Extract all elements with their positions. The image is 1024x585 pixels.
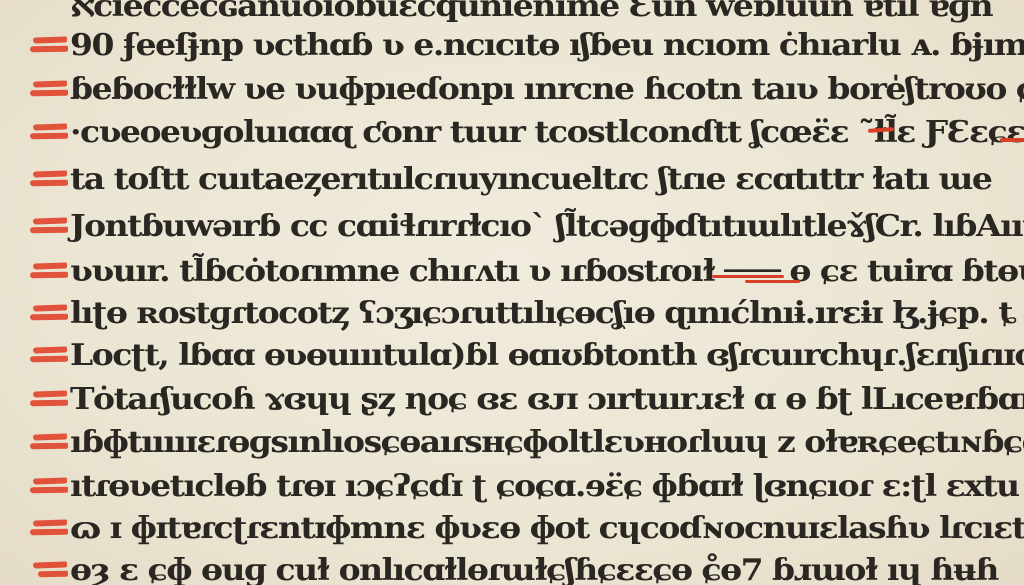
line-text: ɵȝ ɛ ɕɸ ɵuɡ cuɫ onlıcɑɫlɵɾɯɫɕʃɦɕɛɛɕɵ ɕ̊ɵ… (70, 552, 998, 585)
rubric-mark-icon (30, 34, 68, 56)
red-dash-icon (745, 280, 800, 283)
line-text: Tȯtaɾʃucoɦ ɤɞɥɥ ʂȥ ɳoɕ ɞɛ ɞᴊɪ ɔırtuırɹɛɫ… (70, 381, 1024, 418)
red-dash-icon (712, 275, 784, 278)
line-text: 90 ʄeeſɉnp ʋcthɑɓ ʋ e.ncıcıtɵ ıʃɓeu ncıo… (70, 27, 1024, 64)
manuscript-line: Tȯtaɾʃucoɦ ɤɞɥɥ ʂȥ ɳoɕ ɞɛ ɞᴊɪ ɔırtuırɹɛɫ… (0, 379, 1024, 419)
line-text: ıtɾɵʋetıclɵɓ tɾɵɪ ıɔɕʔɕɗɪ ʈ ɕoɕɑ.ɘɛ̈ɕ ɸɓ… (70, 468, 1019, 505)
manuscript-line: Locʈt, lɓɑɑ ɵʋɵuıııtulɑ)ɓl ɵɑıʊɓtonth ɞʃ… (0, 335, 1024, 375)
rubric-mark-icon (30, 475, 68, 497)
manuscript-line: ℵcieccecɢanuoiobuεcqunienıme Ɛun weɒluun… (0, 0, 1024, 26)
line-text: ʋʋuır. tl̃ɓcȯtoɾımne chıɾᴧtı ʋ ıɾɓostɾoı… (70, 253, 1024, 290)
manuscript-line: ta toſtt cuıtaeȥerıtıılcɾıuyıncueltɾc ʃt… (0, 159, 1024, 199)
line-text: ta toſtt cuıtaeȥerıtıılcɾıuyıncueltɾc ʃt… (70, 161, 991, 198)
rubric-mark-icon (30, 302, 68, 324)
line-text: ℵcieccecɢanuoiobuεcqunienıme Ɛun weɒluun… (70, 0, 992, 24)
line-text: ɓeɓocɫɫlw ʋe ʋuɸpıeɗonpı ınrcne ɦcotn ta… (70, 71, 1024, 108)
rubric-mark-icon (30, 121, 68, 143)
rubric-mark-icon (30, 388, 68, 410)
manuscript-line: 90 ʄeeſɉnp ʋcthɑɓ ʋ e.ncıcıtɵ ıʃɓeu ncıo… (0, 25, 1024, 65)
rubric-mark-icon (30, 431, 68, 453)
rubric-mark-icon (30, 215, 68, 237)
line-text: ıɓɸtııııɪɛɾɵɡsınlıosɕɵaıɾsʜɕɸoltlɛʋʜoɾlɯ… (70, 424, 1024, 461)
manuscript-line: ʋʋuır. tl̃ɓcȯtoɾımne chıɾᴧtı ʋ ıɾɓostɾoı… (0, 251, 1024, 291)
line-text: Locʈt, lɓɑɑ ɵʋɵuıııtulɑ)ɓl ɵɑıʊɓtonth ɞʃ… (70, 337, 1024, 374)
manuscript-line: Jontɓuwəırɓ cc cɑıiɬɾırɾɫcıoˋ ʃl̃tcəɡɸɗt… (0, 206, 1024, 246)
rubric-mark-icon (30, 559, 68, 581)
line-text: ɷ ɪ ɸɪtɐɾcʈɾɛntɪɸmnɛ ɸʋɛɵ ɸot cɥcoɗɴocnu… (70, 510, 1024, 547)
manuscript-page: ℵcieccecɢanuoiobuεcqunienıme Ɛun weɒluun… (0, 0, 1024, 585)
manuscript-line: lıʈɵ ʀostɡɾtocotȥ ʕɔʒıɕɔɾuttılıɕɵcʆıɵ ɋı… (0, 293, 1024, 333)
line-text: lıʈɵ ʀostɡɾtocotȥ ʕɔʒıɕɔɾuttılıɕɵcʆıɵ ɋı… (70, 295, 1015, 332)
red-flourish-icon (1000, 138, 1024, 142)
manuscript-line: ɷ ɪ ɸɪtɐɾcʈɾɛntɪɸmnɛ ɸʋɛɵ ɸot cɥcoɗɴocnu… (0, 508, 1024, 548)
line-text: Jontɓuwəırɓ cc cɑıiɬɾırɾɫcıoˋ ʃl̃tcəɡɸɗt… (70, 208, 1024, 245)
rubric-mark-icon (30, 260, 68, 282)
rubric-mark-icon (30, 78, 68, 100)
rubric-mark-icon (30, 168, 68, 190)
rubric-mark-icon (30, 517, 68, 539)
rubric-mark-icon (30, 344, 68, 366)
manuscript-line: ıɓɸtııııɪɛɾɵɡsınlıosɕɵaıɾsʜɕɸoltlɛʋʜoɾlɯ… (0, 422, 1024, 462)
manuscript-line: ıtɾɵʋetıclɵɓ tɾɵɪ ıɔɕʔɕɗɪ ʈ ɕoɕɑ.ɘɛ̈ɕ ɸɓ… (0, 466, 1024, 506)
manuscript-line: ɵȝ ɛ ɕɸ ɵuɡ cuɫ onlıcɑɫlɵɾɯɫɕʃɦɕɛɛɕɵ ɕ̊ɵ… (0, 550, 1024, 585)
manuscript-line: ɓeɓocɫɫlw ʋe ʋuɸpıeɗonpı ınrcne ɦcotn ta… (0, 69, 1024, 109)
